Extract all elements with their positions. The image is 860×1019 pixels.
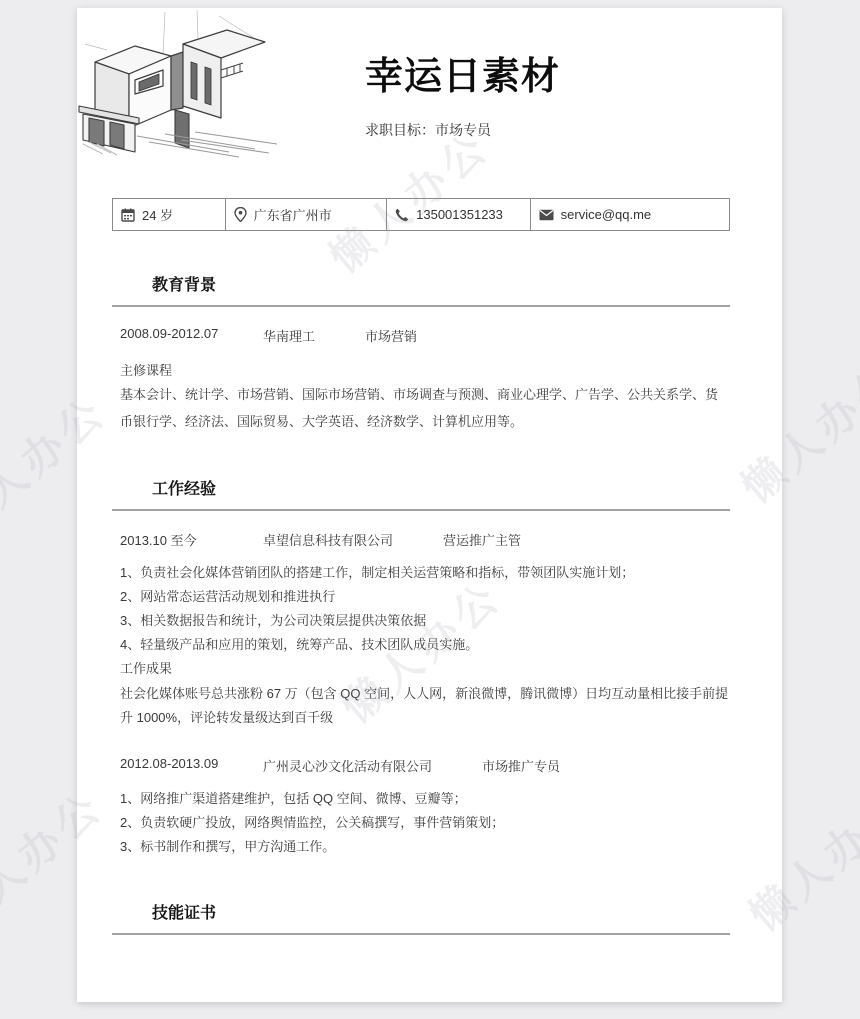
contact-phone: 135001351233 (386, 199, 530, 230)
job-bullet-list: 1、负责社会化媒体营销团队的搭建工作，制定相关运营策略和指标，带领团队实施计划；… (120, 561, 730, 657)
education-school: 华南理工 (263, 326, 315, 345)
job-bullet: 4、轻量级产品和应用的策划，统筹产品、技术团队成员实施。 (120, 633, 730, 657)
courses-text: 基本会计、统计学、市场营销、国际市场营销、市场调查与预测、商业心理学、广告学、公… (120, 382, 730, 435)
contact-location: 广东省广州市 (225, 199, 386, 230)
job-period: 2013.10 至今 (120, 530, 263, 549)
location-value: 广东省广州市 (254, 205, 332, 224)
job-bullet: 3、标书制作和撰写，甲方沟通工作。 (120, 835, 730, 859)
location-icon (234, 207, 247, 222)
education-period: 2008.09-2012.07 (120, 326, 263, 345)
job-row: 2013.10 至今 卓望信息科技有限公司 营运推广主管 (120, 530, 730, 549)
age-value: 24 岁 (142, 205, 173, 224)
contact-age: 24 岁 (113, 199, 225, 230)
section-heading-education: 教育背景 (120, 272, 730, 295)
contact-info-bar: 24 岁 广东省广州市 135001351233 service@qq.me (112, 198, 730, 231)
page-title: 幸运日素材 (365, 56, 560, 100)
results-text: 社会化媒体账号总共涨粉 67 万（包含 QQ 空间，人人网，新浪微博，腾讯微博）… (120, 682, 730, 730)
job-objective: 求职目标：市场专员 (365, 120, 560, 140)
job-details: 1、网络推广渠道搭建维护，包括 QQ 空间、微博、豆瓣等； 2、负责软硬广投放，… (120, 787, 730, 859)
job-details: 1、负责社会化媒体营销团队的搭建工作，制定相关运营策略和指标，带领团队实施计划；… (120, 561, 730, 729)
courses-label: 主修课程 (120, 360, 730, 379)
resume-preview: { "header": { "title": "幸运日素材", "objecti… (0, 0, 860, 1019)
section-rule (112, 305, 730, 307)
job-role: 市场推广专员 (482, 756, 560, 775)
results-label: 工作成果 (120, 657, 730, 681)
resume-page: 幸运日素材 求职目标：市场专员 24 岁 广东省广州市 135001351233 (77, 8, 782, 1002)
job-bullet: 2、负责软硬广投放，网络舆情监控，公关稿撰写，事件营销策划； (120, 811, 730, 835)
education-row: 2008.09-2012.07 华南理工 市场营销 (120, 326, 730, 345)
section-rule (112, 933, 730, 935)
section-heading-experience: 工作经验 (120, 476, 730, 499)
calendar-icon (121, 208, 135, 222)
job-company: 卓望信息科技有限公司 (263, 530, 393, 549)
resume-header: 幸运日素材 求职目标：市场专员 (77, 8, 782, 198)
contact-email: service@qq.me (530, 199, 729, 230)
email-value: service@qq.me (561, 207, 652, 222)
email-icon (539, 209, 554, 221)
phone-value: 135001351233 (416, 207, 503, 222)
section-rule (112, 509, 730, 511)
job-bullet: 1、负责社会化媒体营销团队的搭建工作，制定相关运营策略和指标，带领团队实施计划； (120, 561, 730, 585)
job-bullet: 3、相关数据报告和统计，为公司决策层提供决策依据 (120, 609, 730, 633)
job-company: 广州灵心沙文化活动有限公司 (263, 756, 432, 775)
job-bullet: 2、网站常态运营活动规划和推进执行 (120, 585, 730, 609)
job-period: 2012.08-2013.09 (120, 756, 263, 775)
section-heading-skills: 技能证书 (120, 900, 730, 923)
header-text-block: 幸运日素材 求职目标：市场专员 (365, 56, 560, 140)
job-bullet-list: 1、网络推广渠道搭建维护，包括 QQ 空间、微博、豆瓣等； 2、负责软硬广投放，… (120, 787, 730, 859)
phone-icon (395, 208, 409, 222)
education-major: 市场营销 (365, 326, 417, 345)
job-row: 2012.08-2013.09 广州灵心沙文化活动有限公司 市场推广专员 (120, 756, 730, 775)
resume-body: 教育背景 2008.09-2012.07 华南理工 市场营销 主修课程 基本会计… (120, 272, 730, 935)
house-sketch (77, 10, 289, 160)
job-bullet: 1、网络推广渠道搭建维护，包括 QQ 空间、微博、豆瓣等； (120, 787, 730, 811)
job-role: 营运推广主管 (443, 530, 521, 549)
